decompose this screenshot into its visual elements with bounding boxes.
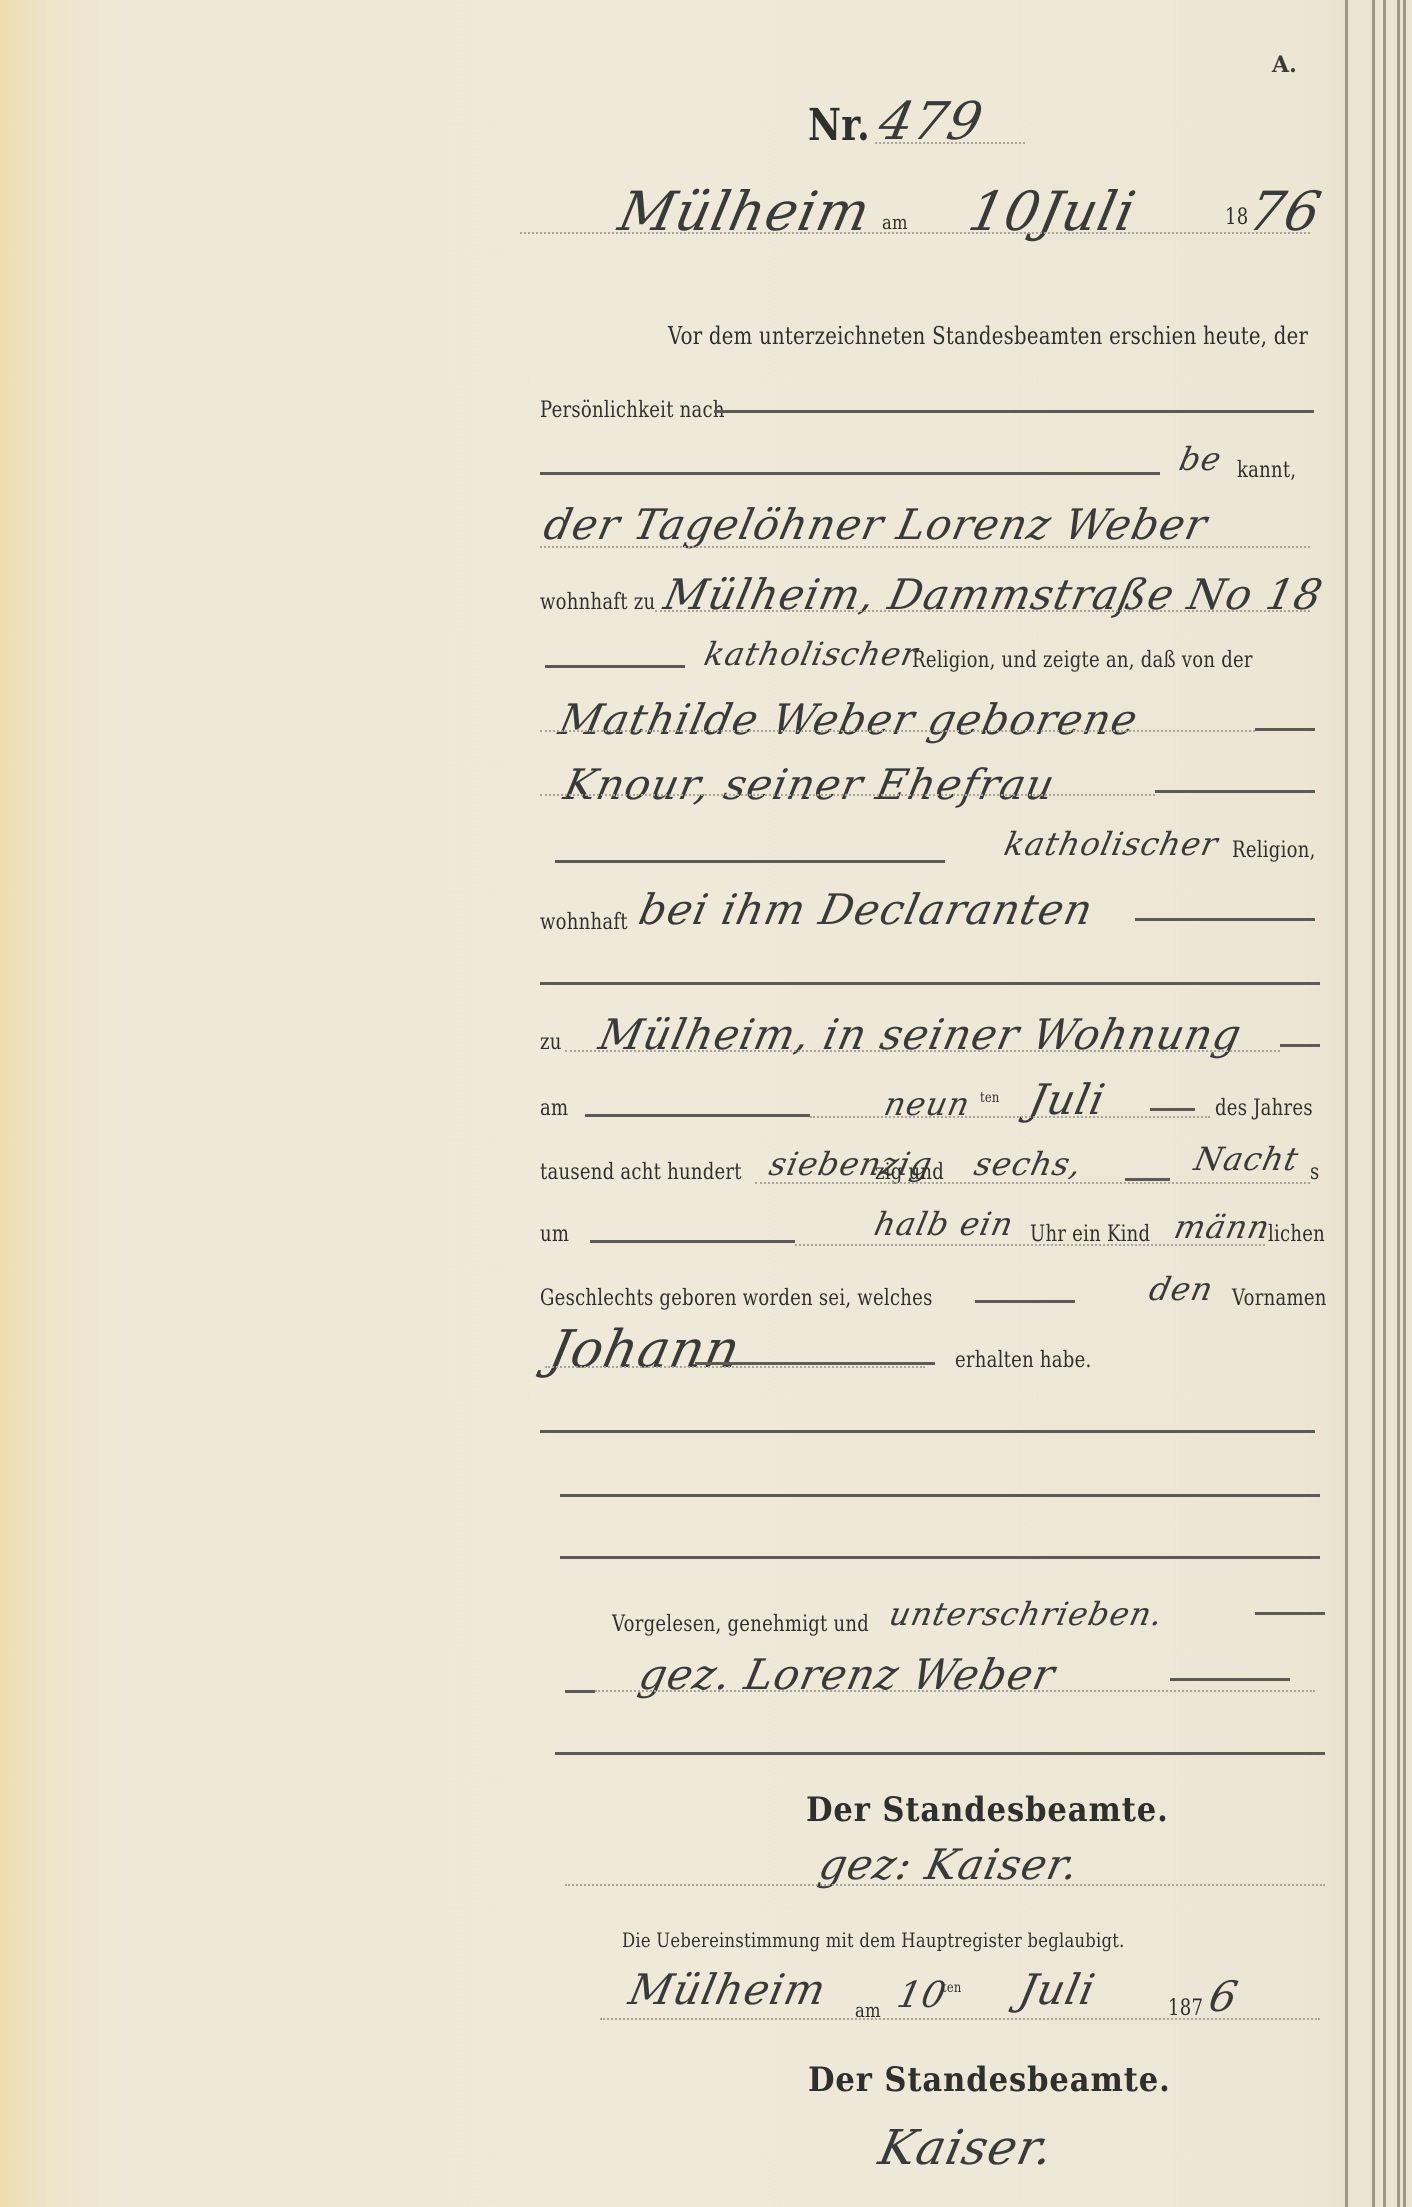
religion-label-1: Religion, und zeigte an, daß von der (912, 648, 1253, 673)
dotted-line (655, 610, 1310, 612)
bekannt-prefix: be (1176, 440, 1225, 478)
unterschrieben: unterschrieben. (886, 1595, 1167, 1633)
certification-text: Die Uebereinstimmung mit dem Hauptregist… (622, 1928, 1125, 1952)
dotted-line (540, 794, 1155, 796)
dotted-line (810, 1116, 1210, 1118)
declarant-religion: katholischer (701, 635, 922, 673)
cert-day-suffix: ten (942, 1980, 962, 1996)
blank-rule (555, 1752, 1325, 1755)
blank-rule (585, 1114, 810, 1117)
child-name: Johann (544, 1320, 746, 1380)
page-edge-line (1345, 0, 1348, 2207)
standesbeamte-heading-2: Der Standesbeamte. (808, 2060, 1171, 2100)
des-jahres-label: des Jahres (1215, 1096, 1313, 1121)
blank-rule (695, 1362, 935, 1365)
final-signature: Kaiser. (874, 2120, 1059, 2176)
register-page: A. Nr. 479 Mülheim am 10 Juli 18 76 Vor … (0, 0, 1412, 2207)
blank-rule (1135, 918, 1315, 921)
blank-rule (1255, 728, 1315, 731)
blank-rule (560, 1494, 1320, 1497)
book-page-edges (1345, 0, 1412, 2207)
page-edge-line (1372, 0, 1375, 2207)
dotted-line (540, 730, 1255, 732)
zu-label: zu (540, 1030, 562, 1055)
blank-rule (1280, 1044, 1320, 1047)
blank-rule (1155, 790, 1315, 793)
um-label: um (540, 1222, 569, 1247)
am-label: am (882, 210, 908, 234)
child-sex: männ (1171, 1208, 1274, 1246)
cert-month: Juli (1015, 1965, 1100, 2014)
blank-rule (1125, 1178, 1170, 1181)
blank-rule (1170, 1678, 1290, 1681)
mother-name-line-1: Mathilde Weber geborene (555, 695, 1143, 744)
ten-suffix: ten (980, 1090, 1000, 1106)
bekannt-label: kannt, (1237, 458, 1296, 483)
blank-rule (560, 1556, 1320, 1559)
wohnhaft-zu-label: wohnhaft zu (540, 590, 655, 615)
blank-rule (540, 1430, 1315, 1433)
erhalten-label: erhalten habe. (955, 1348, 1092, 1373)
blank-rule (1150, 1108, 1195, 1111)
lichen-label: lichen (1268, 1222, 1325, 1247)
mother-religion: katholischer (1001, 825, 1222, 863)
religion-label-2: Religion, (1232, 838, 1316, 863)
blank-rule (565, 1690, 595, 1693)
year-units: sechs, (971, 1145, 1086, 1183)
blank-rule (540, 982, 1320, 985)
mother-residence: bei ihm Declaranten (635, 885, 1098, 934)
dotted-line (565, 1884, 1325, 1886)
dotted-line (565, 1050, 1280, 1052)
wohnhaft-label: wohnhaft (540, 910, 628, 935)
page-edge-line (1403, 0, 1406, 2207)
blank-rule (590, 1240, 795, 1243)
dotted-line (520, 232, 1310, 234)
dotted-line (795, 1244, 1265, 1246)
persoenlichkeit-label: Persönlichkeit nach (540, 398, 725, 423)
blank-rule (555, 860, 945, 863)
year-prefix: 18 (1225, 205, 1248, 230)
time-of-day: Nacht (1191, 1140, 1303, 1178)
intro-text: Vor dem unterzeichneten Standesbeamten e… (668, 322, 1308, 350)
dotted-line (875, 142, 1025, 144)
declarant-name: der Tagelöhner Lorenz Weber (540, 500, 1212, 549)
cert-year-suffix: 6 (1205, 1972, 1243, 2021)
dotted-line (540, 546, 1310, 548)
dotted-line (600, 2018, 1320, 2020)
page-edge-line (1397, 0, 1400, 2207)
blank-rule (1255, 1612, 1325, 1615)
geschlechts-label: Geschlechts geboren worden sei, welches (540, 1286, 933, 1311)
blank-rule (545, 665, 685, 668)
page-edge-line (1383, 0, 1386, 2207)
mother-name-line-2: Knour, seiner Ehefrau (560, 760, 1060, 809)
hour: halb ein (871, 1205, 1017, 1243)
den-handwritten: den (1146, 1270, 1217, 1308)
tausend-label: tausend acht hundert (540, 1160, 742, 1185)
corner-mark: A. (1272, 52, 1297, 78)
dotted-line (545, 1366, 925, 1368)
vornamen-label: Vornamen (1232, 1286, 1327, 1311)
dotted-line (755, 1182, 1310, 1184)
cert-place: Mülheim (625, 1965, 831, 2014)
s-label: s (1310, 1160, 1320, 1185)
standesbeamte-heading: Der Standesbeamte. (806, 1790, 1169, 1830)
vorgelesen-label: Vorgelesen, genehmigt und (612, 1612, 869, 1637)
blank-rule (540, 472, 1160, 475)
dotted-line (595, 1690, 1315, 1692)
number-label: Nr. (808, 100, 870, 151)
blank-rule (714, 410, 1314, 413)
am-label-birth: am (540, 1096, 568, 1121)
official-signature: gez: Kaiser. (815, 1840, 1084, 1889)
blank-rule (975, 1300, 1075, 1303)
